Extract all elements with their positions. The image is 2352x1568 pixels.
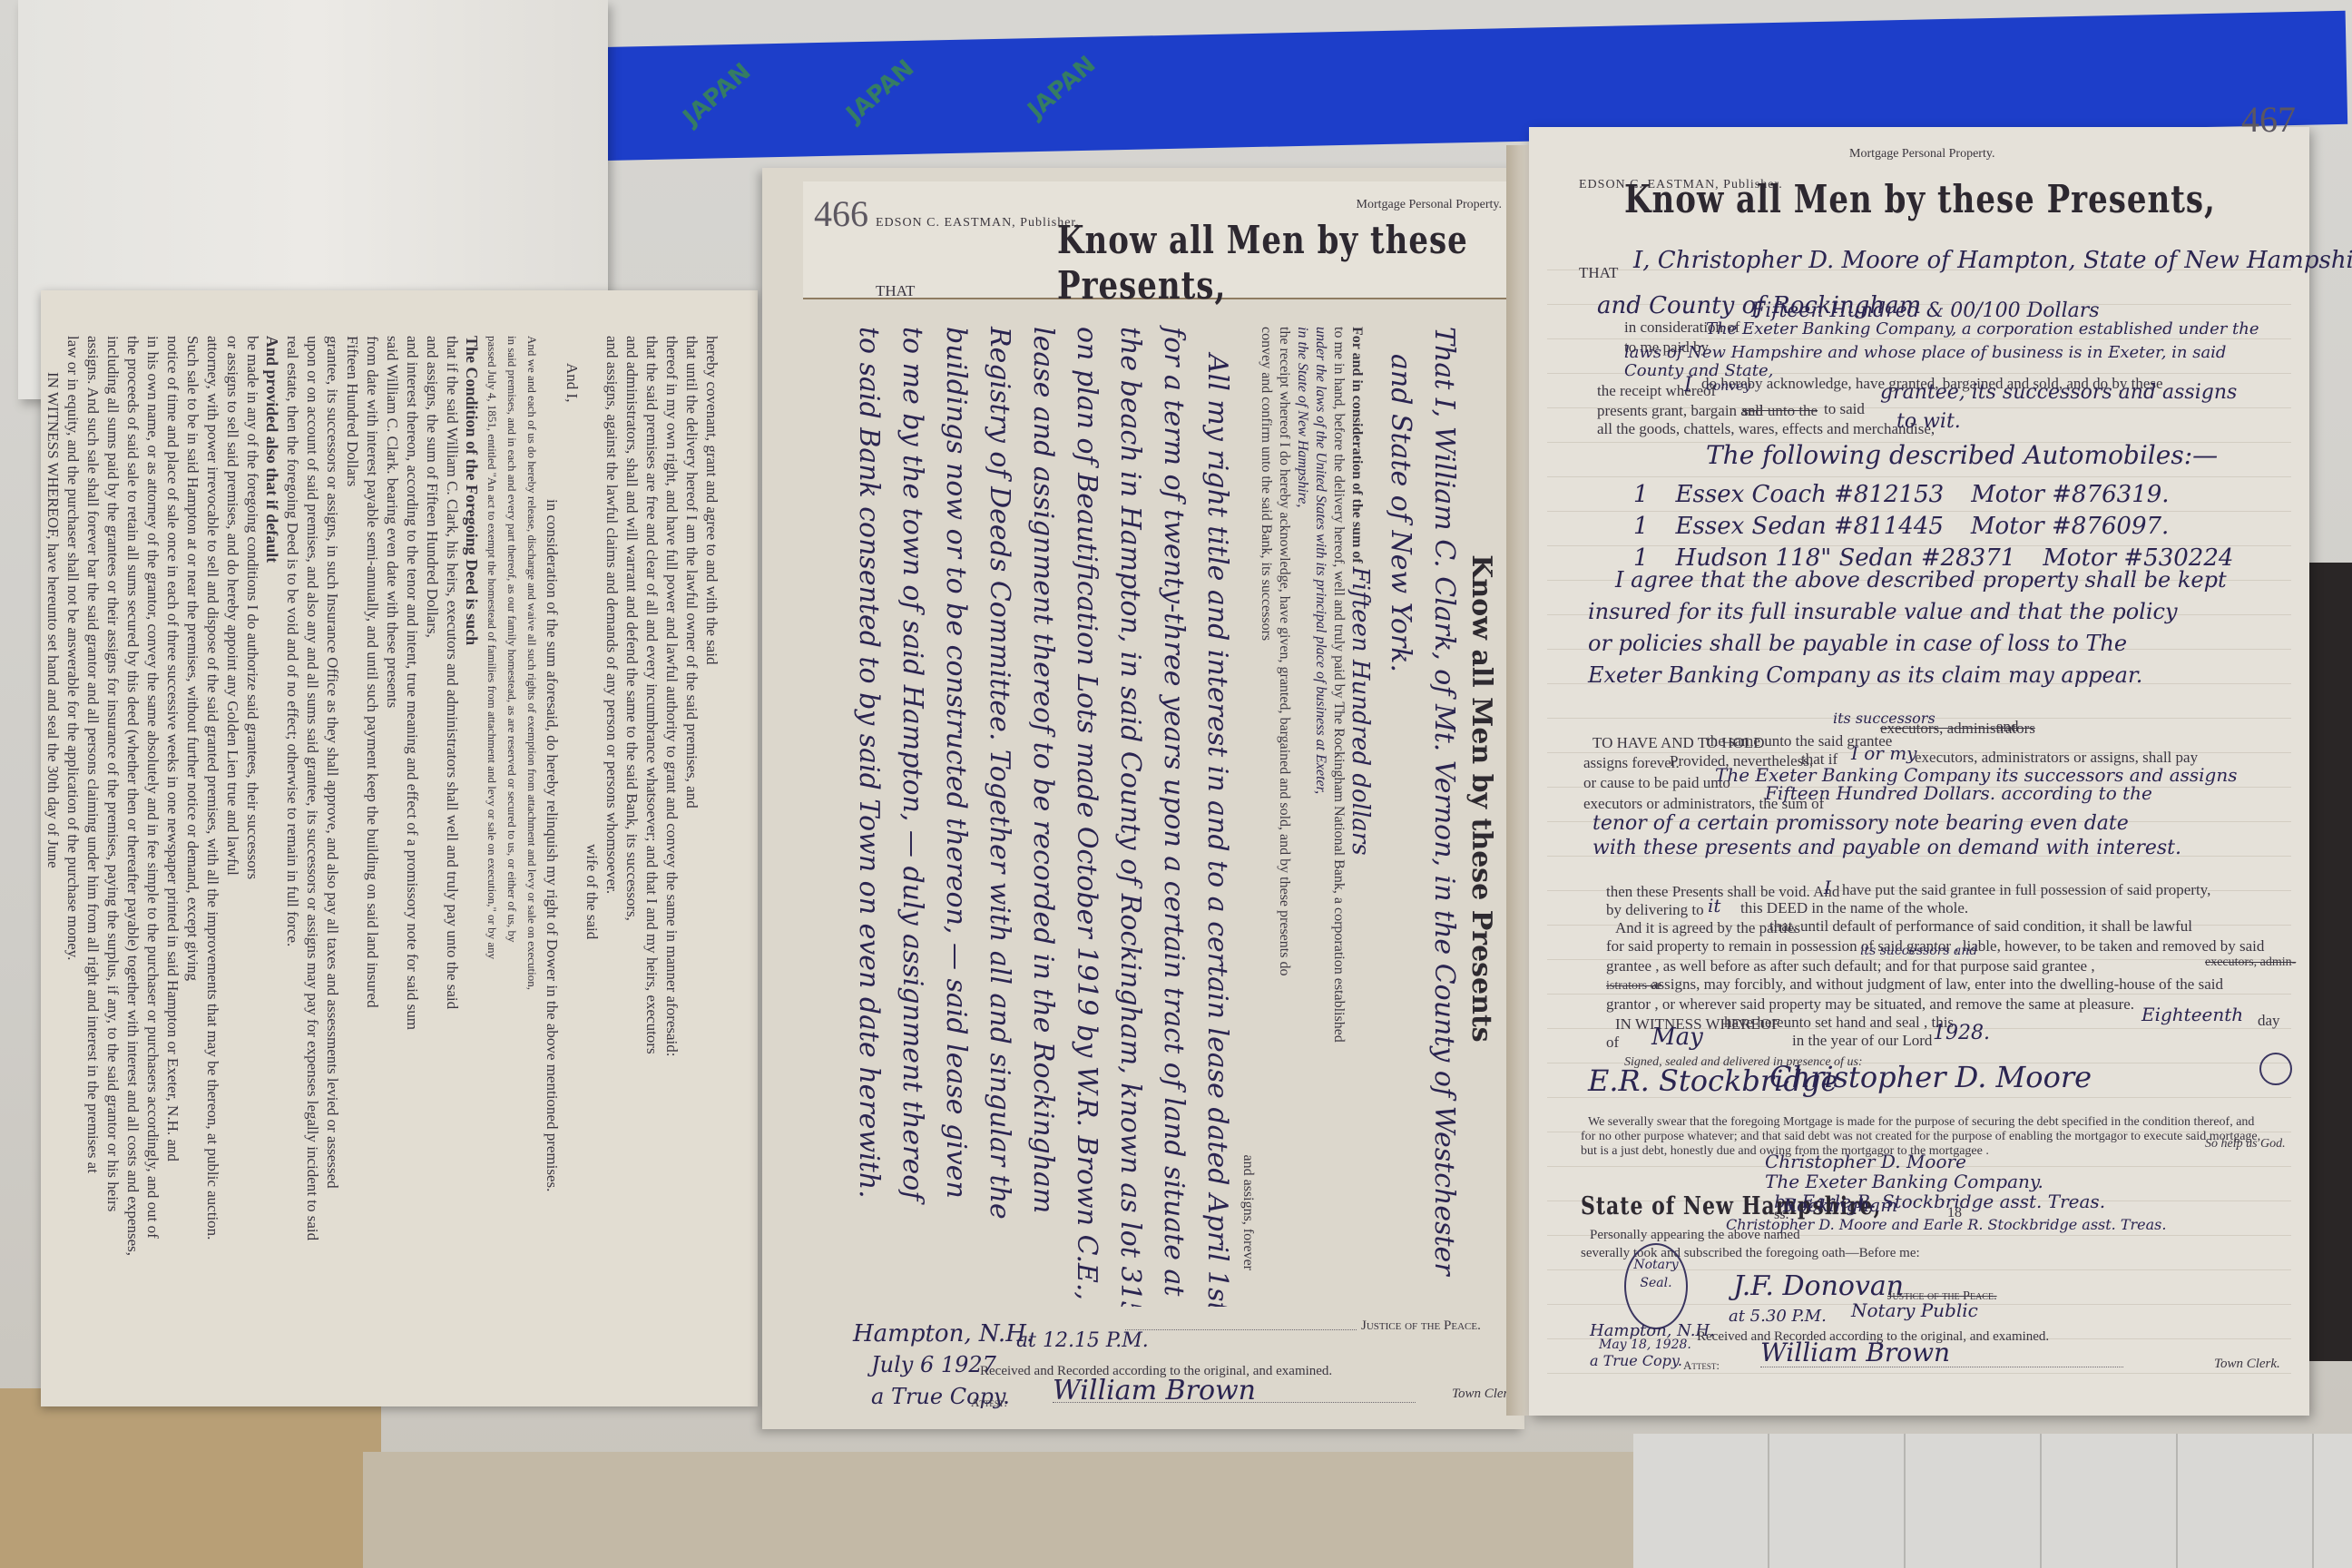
document-type-label: Mortgage Personal Property. — [1849, 147, 1994, 162]
body-line: to me by the town of said Hampton, — dul… — [890, 327, 934, 1270]
assigns-line: and assigns, forever — [1239, 327, 1257, 1270]
presents-tail: to said — [1824, 399, 1865, 419]
notary-signature: J.F. Donovan — [1733, 1270, 1904, 1302]
agreed-line: assigns, may forcibly, and without judgm… — [1651, 975, 2223, 995]
recording-date: May 18, 1928. — [1599, 1338, 1691, 1352]
loose-deed-page: hereby covenant, grant and agree to and … — [41, 290, 758, 1406]
consideration-amount: Fifteen Hundred dollars — [1347, 567, 1374, 856]
provided-hand: I or my — [1851, 742, 1916, 764]
item-description: Essex Coach #812153 — [1676, 481, 1945, 508]
condition-line: from date with interest payable semi-ann… — [362, 336, 382, 1361]
presents-inserted: convey — [1706, 379, 1750, 394]
grantor-name: I, Christopher D. Moore of Hampton, Stat… — [1633, 247, 2352, 274]
agreed-struck-1: executors, admin- — [2205, 953, 2296, 973]
agreed-line: grantee , as well before as after such d… — [1606, 956, 2095, 976]
convey-line: convey and confirm unto the said Bank, i… — [1257, 327, 1275, 1270]
paid-line: to me in hand, before the delivery hereo… — [1329, 327, 1347, 1270]
page-466-header: 466 EDSON C. EASTMAN, Publisher. Mortgag… — [803, 181, 1520, 299]
agreed-line: grantor , or wherever said property may … — [1606, 995, 2134, 1014]
book-edge-shadow — [2305, 563, 2352, 1361]
heading-line: And I, — [562, 336, 582, 1361]
condition-heading: The Condition of the Foregoing Deed is s… — [462, 336, 482, 1361]
provided-line: Such sale to be in said Hampton at or ne… — [182, 336, 202, 1361]
oath-signature: The Exeter Banking Company. — [1765, 1171, 2043, 1192]
presents-struck: sell unto the — [1742, 401, 1818, 421]
receipt-who: I — [1684, 374, 1692, 397]
rotated-form-title: Know all Men by these Presents — [1465, 327, 1497, 1270]
rotated-state-line: and State of New York. — [1378, 327, 1422, 1270]
page-number: 466 — [814, 192, 868, 235]
provided-line: including all sums paid by the grantees … — [103, 336, 122, 1361]
delivering-text: by delivering to — [1606, 900, 1704, 920]
heading-line: in said premises, and in each and every … — [502, 336, 522, 1361]
page-title: Know all Men by these Presents, — [1624, 177, 2216, 222]
void-who: I — [1824, 877, 1831, 898]
county-hand: Rockingham — [1783, 1194, 1897, 1216]
presents-text: presents grant, bargain and — [1597, 401, 1763, 421]
recording-time: at 5.30 P.M. — [1729, 1307, 1827, 1326]
insurance-clause-line: insured for its full insurable value and… — [1588, 599, 2178, 624]
tape-label: JAPAN — [678, 58, 756, 132]
witness-line: IN WITNESS WHEREOF, have hereunto set ha… — [43, 336, 63, 1361]
notary-seal-icon: Notary Seal. — [1624, 1243, 1688, 1329]
witness-year: 1928. — [1933, 1022, 1990, 1044]
covenant-line: that until the delivery hereof I am the … — [681, 336, 701, 1361]
body-line: lease and assignment thereof to be recor… — [1021, 327, 1064, 1270]
covenant-line: thereof in my own right, and have full p… — [661, 336, 681, 1361]
table-surface — [0, 1388, 381, 1568]
condition-line: and assigns, the sum of Fifteen Hundred … — [422, 336, 442, 1361]
item-qty: 1 — [1633, 513, 1649, 540]
seal-mark-icon — [2259, 1053, 2292, 1085]
paid-unto-label: or cause to be paid unto — [1583, 773, 1730, 793]
covenant-line: wife of the said — [582, 336, 602, 1361]
appearing-hand: Christopher D. Moore and Earle R. Stockb… — [1726, 1216, 2166, 1233]
heading-line: and assigns, against the lawful claims a… — [602, 336, 622, 1361]
recording-date: July 6 1927 — [871, 1352, 996, 1377]
heading-line: And we and each of us do hereby release,… — [522, 336, 542, 1361]
clerk-signature-line — [1760, 1367, 2123, 1367]
to-have-and: and — [1996, 717, 2019, 737]
body-line: to said Bank consented to by said Town o… — [847, 327, 890, 1270]
receipt-label: the receipt whereof — [1597, 381, 1716, 401]
oath-closing: So help us God. — [2205, 1134, 2286, 1154]
condition-line: upon or on account of said premises, and… — [302, 336, 322, 1361]
insurance-clause-line: Exeter Banking Company as its claim may … — [1588, 662, 2142, 688]
goods-handwritten: to wit. — [1896, 410, 1961, 433]
condition-line: said William C. Clark. bearing even date… — [382, 336, 402, 1361]
consideration-label: For and in consideration of the sum of — [1349, 327, 1365, 563]
condition-line: grantee, its successors or assigns, in s… — [322, 336, 342, 1361]
publisher-label: EDSON C. EASTMAN, Publisher. — [876, 216, 1080, 230]
list-item: 1 Essex Coach #812153 Motor #876319. — [1633, 481, 2170, 508]
recording-place: Hampton, N.H. — [853, 1320, 1034, 1347]
payee-name: The Exeter Banking Company, a corporatio… — [1706, 319, 2259, 338]
provided-line: be made in any of the foregoing conditio… — [242, 336, 262, 1361]
payee-line-2: laws of New Hampshire and whose place of… — [1624, 343, 2226, 362]
condition-line: Fifteen Hundred Dollars — [342, 336, 362, 1361]
grantor-signature: Christopher D. Moore — [1769, 1060, 2092, 1094]
loose-deed-content: hereby covenant, grant and agree to and … — [41, 290, 758, 1406]
delivering-who: it — [1708, 895, 1720, 916]
note-hand-2: with these presents and payable on deman… — [1592, 837, 2181, 859]
presents-grantee: grantee, its successors and assigns — [1880, 381, 2237, 404]
table-surface-right — [363, 1452, 1633, 1568]
witness-year-label: in the year of our Lord — [1792, 1031, 1932, 1051]
note-hand-1: tenor of a certain promissory note beari… — [1592, 812, 2129, 835]
provided-line: the proceeds of said sale to retain all … — [122, 336, 142, 1361]
void-tail: have put the said grantee in full posses… — [1842, 880, 2210, 900]
provided-line: assigns. And such sale shall forever bar… — [83, 336, 103, 1361]
witness-day-label: day — [2258, 1011, 2280, 1031]
provided-line: attorney, with power irrevocable to sell… — [202, 336, 222, 1361]
condition-line: that if the said William C. Clark, his h… — [442, 336, 462, 1361]
covenant-line: and administrators, shall and will warra… — [622, 336, 642, 1361]
floor-grid — [1633, 1434, 2352, 1568]
covenant-line: that the said premises are free and clea… — [642, 336, 661, 1361]
document-type-label: Mortgage Personal Property. — [1357, 198, 1502, 212]
provided-line: in his own name, or as attorney of the g… — [142, 336, 162, 1361]
provided-heading: And provided also that if default — [262, 336, 282, 1361]
heading-line: in consideration of the sum aforesaid, d… — [542, 336, 562, 1361]
notary-seal-text: Notary Seal. — [1626, 1245, 1686, 1292]
provided-line: or assigns to sell said premises, and do… — [222, 336, 242, 1361]
agreed-text: that, until default of performance of sa… — [1769, 916, 2192, 936]
justice-signature-line — [1125, 1329, 1357, 1330]
witness-of: of — [1606, 1033, 1619, 1053]
body-line: for a term of twenty-three years upon a … — [1151, 327, 1195, 1270]
body-line: All my right title and interest in and t… — [1195, 327, 1239, 1270]
witness-day: Eighteenth — [2141, 1004, 2243, 1025]
sum-hand: Fifteen Hundred Dollars. according to th… — [1765, 782, 2152, 804]
body-line: buildings now or to be constructed there… — [934, 327, 977, 1270]
covenant-line: hereby covenant, grant and agree to and … — [701, 336, 721, 1361]
rotated-that-line: That I, William C. Clark, of Mt. Vernon,… — [1422, 327, 1465, 1270]
clerk-title: Town Clerk. — [2214, 1354, 2280, 1374]
body-line: the beach in Hampton, in said County of … — [1108, 327, 1151, 1270]
items-heading: The following described Automobiles:— — [1706, 440, 2218, 470]
recording-time: at 12.15 P.M. — [1016, 1329, 1149, 1352]
true-copy: a True Copy. — [1590, 1352, 1682, 1369]
tape-label: JAPAN — [1023, 51, 1101, 124]
provided-line: notice of time and place of sale once in… — [162, 336, 182, 1361]
condition-line: real estate, then the foregoing Deed is … — [282, 336, 302, 1361]
provided-line: assigns forever. — [1583, 753, 1680, 773]
rotated-form-content: Know all Men by these Presents That I, W… — [762, 290, 1524, 1307]
page-466-rotated-form: Know all Men by these Presents That I, W… — [762, 290, 1524, 1307]
page-number: 467 — [2241, 98, 2296, 141]
notary-title: Notary Public — [1851, 1299, 1978, 1321]
oath-signature: Christopher D. Moore — [1765, 1151, 1966, 1172]
body-line: Registry of Deeds Committee. Together wi… — [977, 327, 1021, 1270]
item-motor: Motor #876097. — [1971, 513, 2169, 540]
clerk-signature: William Brown — [1760, 1338, 1950, 1367]
that-label: THAT — [1579, 263, 1618, 283]
list-item: 1 Essex Sedan #811445 Motor #876097. — [1633, 513, 2169, 540]
heading-line: passed July 4, 1851, entitled "An act to… — [482, 336, 502, 1361]
body-line: on plan of Beautification Lots made Octo… — [1064, 327, 1108, 1270]
under-laws-line: under the laws of the United States with… — [1311, 327, 1329, 1270]
clerk-signature-line — [1053, 1402, 1416, 1403]
item-description: Essex Sedan #811445 — [1676, 513, 1944, 540]
witness-month: May — [1651, 1024, 1703, 1051]
attest-label: Attest: — [971, 1393, 1007, 1413]
witness-text: have hereunto set hand and seal , this — [1724, 1013, 1954, 1033]
condition-line: and interest thereon, according to the t… — [402, 336, 422, 1361]
item-qty: 1 — [1633, 481, 1649, 508]
receipt-line: the receipt whereof I do hereby acknowle… — [1275, 327, 1293, 1270]
insurance-clause-line: or policies shall be payable in case of … — [1588, 631, 2127, 656]
tape-label: JAPAN — [841, 54, 919, 128]
item-motor: Motor #876319. — [1971, 481, 2169, 508]
justice-label: Justice of the Peace. — [1361, 1316, 1481, 1336]
goods-text: all the goods, chattels, wares, effects … — [1597, 419, 1935, 439]
insurance-clause-line: I agree that the above described propert… — [1615, 567, 2227, 593]
attest-label: Attest: — [1683, 1356, 1720, 1376]
provided-line: law or in equity, and the purchaser shal… — [63, 336, 83, 1361]
state-nh-line: in the State of New Hampshire, — [1293, 327, 1311, 1270]
delivering-tail: this DEED in the name of the whole. — [1740, 898, 1968, 918]
